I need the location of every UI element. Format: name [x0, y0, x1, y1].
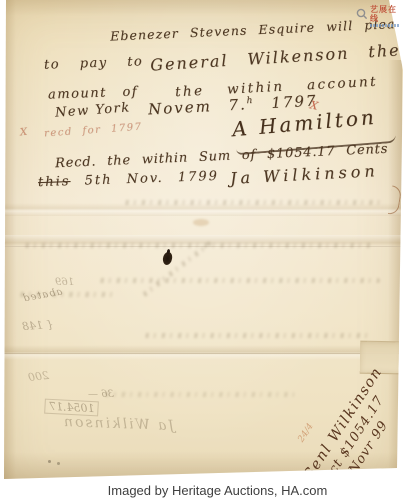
bleedthrough-script-row — [120, 200, 385, 205]
red-ink-annotation: recd for 1797 — [44, 122, 143, 140]
paper-speck — [48, 460, 51, 463]
fold-crease-lower-line — [0, 353, 405, 354]
manuscript-line-general: General Wilkenson the — [150, 40, 401, 74]
magnifier-icon — [356, 5, 368, 24]
receipt-date-text: 5th Nov. 1799 — [84, 169, 219, 189]
ink-flourish-curl — [388, 185, 402, 215]
paper-edge-shading-left — [4, 0, 16, 480]
manuscript-place: New York — [55, 100, 132, 120]
credit-caption: Imaged by Heritage Auctions, HA.com — [30, 483, 405, 498]
red-margin-mark: X — [19, 127, 27, 139]
date-superscript: h — [246, 96, 254, 106]
watermark-brand-text: 艺展在线 — [370, 5, 405, 23]
pencil-scribble-diagonal — [138, 241, 212, 300]
bleedthrough-script-row — [100, 392, 295, 397]
watermark-text-block: 艺展在线 — [370, 5, 405, 27]
date-month-day: Novem 7. — [148, 95, 248, 118]
struck-word: this — [38, 174, 71, 190]
manuscript-line-topayto: to pay to — [44, 54, 144, 72]
ink-blot — [162, 251, 173, 265]
scanned-document-photo: Ebenezer Stevens Esquire will please to … — [0, 0, 405, 500]
fold-crease-lower — [0, 345, 405, 360]
bleedthrough-number: 169 — [55, 277, 74, 288]
docket-notation: Genl Wilkinson Rect $1054.17 5th Novr 99 — [300, 332, 405, 500]
bleedthrough-number: { 148 — [22, 318, 54, 333]
site-watermark: 艺展在线 — [356, 5, 405, 27]
paper-speck — [57, 462, 60, 465]
wilkinson-signature: Ja Wilkinson — [230, 161, 379, 188]
receipt-line-date: this 5th Nov. 1799 — [38, 169, 219, 190]
paper-edge-shading-top — [6, 0, 390, 16]
docket-aside-note: 24/4 — [296, 422, 315, 444]
bleedthrough-script-row — [20, 243, 375, 248]
pencil-note-abated: abated — [21, 287, 63, 305]
bleedthrough-script-row — [140, 333, 370, 338]
document-paper: Ebenezer Stevens Esquire will please to … — [0, 0, 405, 500]
watermark-subtext-bar — [370, 24, 400, 27]
bleedthrough-number: 200 — [27, 369, 49, 384]
bleedthrough-script-row — [95, 278, 380, 283]
bleedthrough-number: 36 — — [88, 389, 114, 400]
paper-stain — [193, 219, 209, 226]
bleedthrough-mirrored-signature: Ja Wilkinson — [62, 414, 175, 434]
